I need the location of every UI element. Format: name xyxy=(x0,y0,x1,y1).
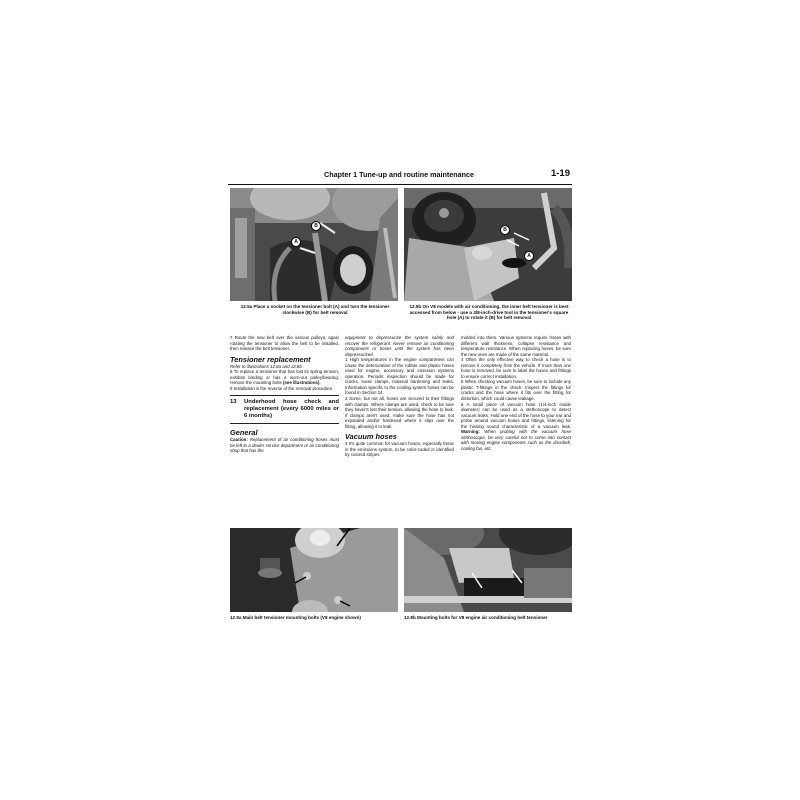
warning-label: Warning: xyxy=(461,429,484,434)
step-1: 1 High temperatures in the engine compar… xyxy=(345,357,454,396)
step-2: 2 Some, but not all, hoses are secured t… xyxy=(345,396,454,429)
page-number: 1-19 xyxy=(551,168,570,179)
step-8: 8 To replace a tensioner that has lost i… xyxy=(230,369,339,386)
manual-page: Chapter 1 Tune-up and routine maintenanc… xyxy=(228,166,572,626)
step-3: 3 It's quite common for vacuum hoses, es… xyxy=(345,441,454,458)
page-header: Chapter 1 Tune-up and routine maintenanc… xyxy=(228,166,572,185)
photo-12-8b xyxy=(404,528,572,612)
figure-caption-12-8b: 12.8b Mounting bolts for V8 engine air c… xyxy=(404,615,574,621)
step-3-continued: molded into them. Various systems requir… xyxy=(461,335,571,357)
text-column-3: molded into them. Various systems requir… xyxy=(461,335,571,451)
callout-b: B xyxy=(500,225,510,235)
photo-12-5a: B A xyxy=(230,188,398,301)
section-title: Underhood hose check and replacement (ev… xyxy=(244,399,339,420)
caution-continued: equipment to depressurize the system saf… xyxy=(345,335,454,357)
chapter-title: Chapter 1 Tune-up and routine maintenanc… xyxy=(324,170,474,179)
callout-a: A xyxy=(524,251,534,261)
figure-caption-12-8a: 12.8a Main belt tensioner mounting bolts… xyxy=(230,615,398,621)
heading-vacuum-hoses: Vacuum hoses xyxy=(345,432,454,441)
step-4: 4 Often the only effective way to check … xyxy=(461,357,571,379)
caution-label: Caution: xyxy=(230,437,250,442)
step-6: 6 A small piece of vacuum hose (1/4-inch… xyxy=(461,402,571,452)
callout-a: A xyxy=(291,237,301,247)
caution-paragraph: Caution: Replacement of air conditioning… xyxy=(230,437,339,454)
section-13-heading: 13 Underhood hose check and replacement … xyxy=(230,395,339,424)
text-column-2: equipment to depressurize the system saf… xyxy=(345,335,454,458)
step-9: 9 Installation is the reverse of the rem… xyxy=(230,386,339,392)
see-illustrations-link: (see illustrations). xyxy=(283,380,321,385)
section-number: 13 xyxy=(230,399,244,420)
heading-general: General xyxy=(230,428,339,437)
photo-12-5b: B A xyxy=(404,188,572,301)
figure-caption-12-5b: 12.5b On V8 models with air conditioning… xyxy=(406,304,572,321)
photo-12-8a xyxy=(230,528,398,612)
text-column-1: 7 Route the new belt over the various pu… xyxy=(230,335,339,454)
callout-b: B xyxy=(311,221,321,231)
step-7: 7 Route the new belt over the various pu… xyxy=(230,335,339,352)
figure-caption-12-5a: 12.5a Place a socket on the tensioner bo… xyxy=(238,304,392,315)
heading-tensioner-replacement: Tensioner replacement xyxy=(230,355,339,364)
step-5: 5 When checking vacuum hoses, be sure to… xyxy=(461,379,571,401)
